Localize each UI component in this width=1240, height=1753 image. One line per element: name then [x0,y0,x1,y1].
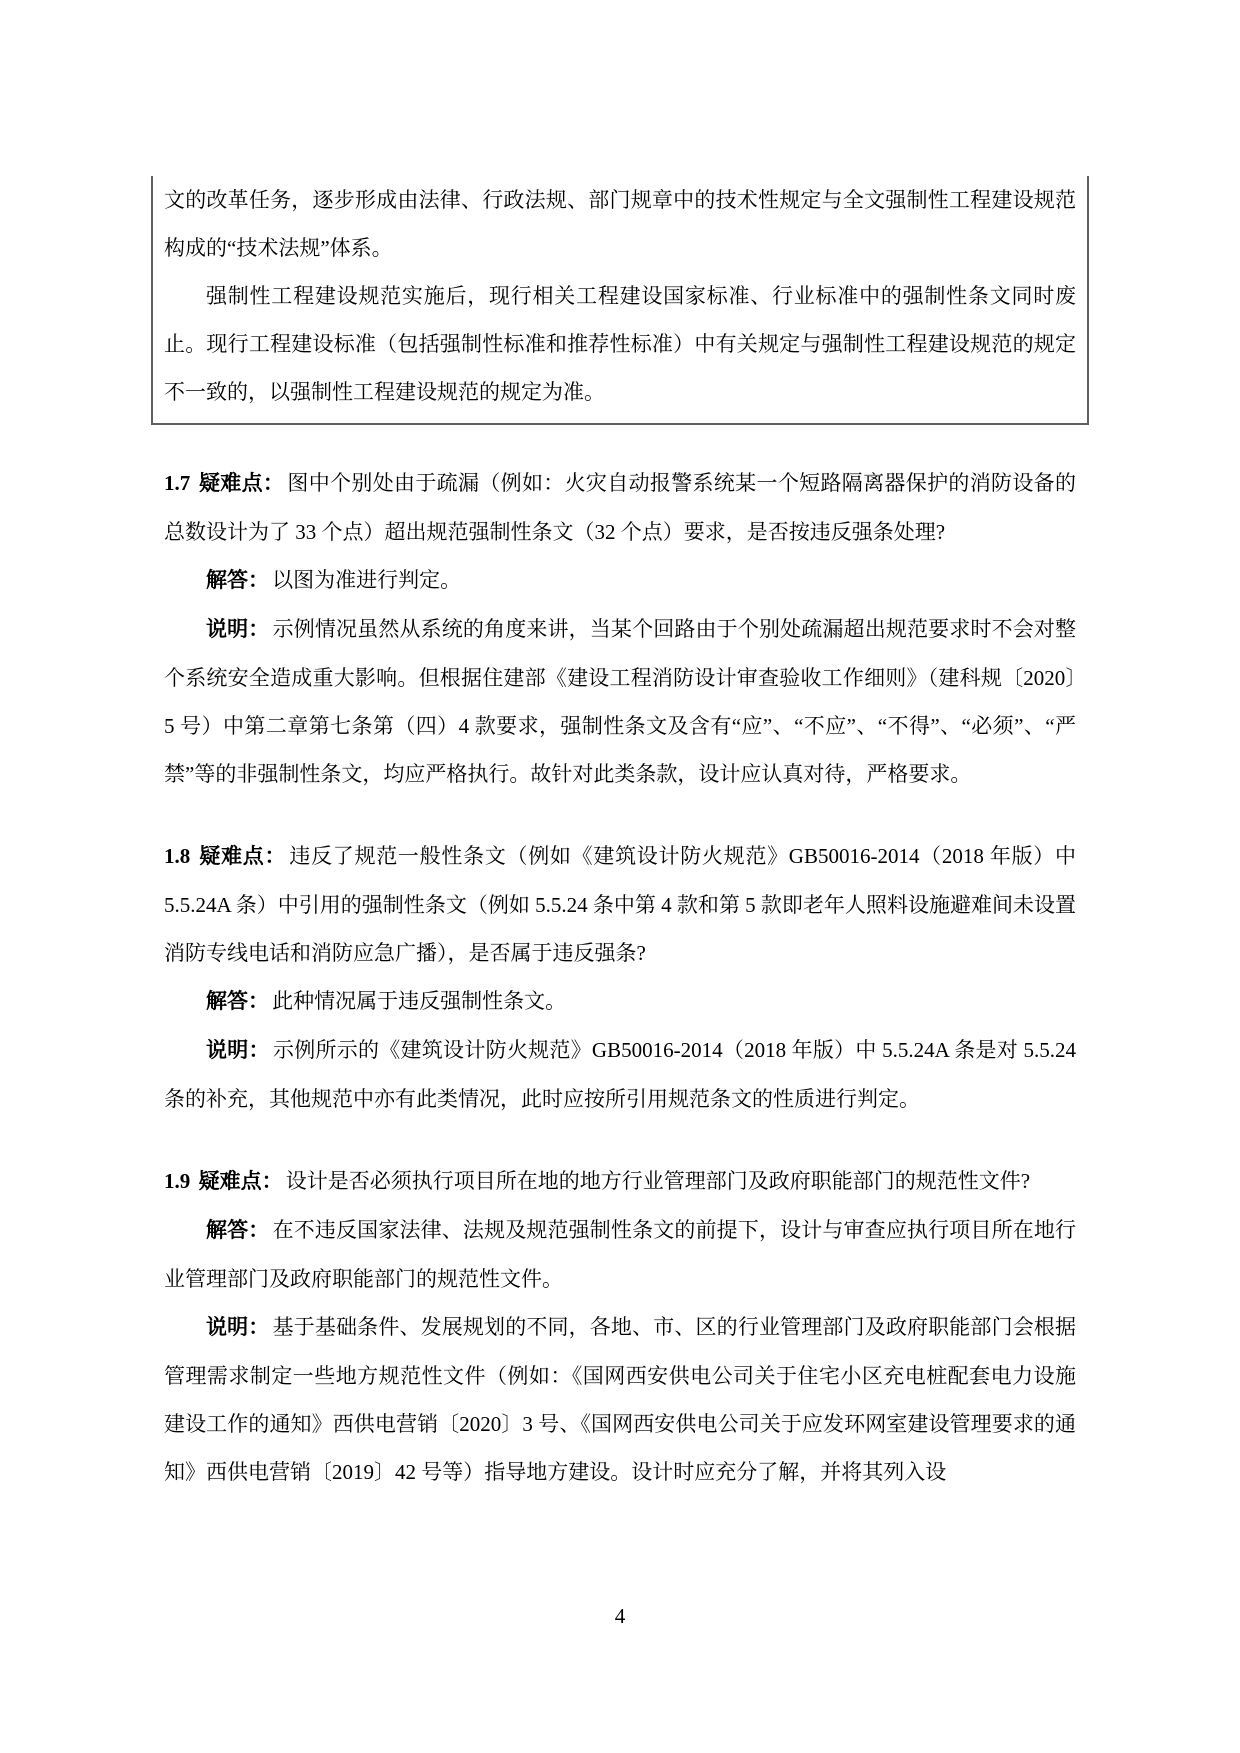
section-1-7-number: 1.7 [164,471,190,495]
section-1-7-question: 1.7疑难点：图中个别处由于疏漏（例如：火灾自动报警系统某一个短路隔离器保护的消… [164,459,1076,556]
section-1-8-question: 1.8疑难点：违反了规范一般性条文（例如《建筑设计防火规范》GB50016-20… [164,832,1076,977]
section-1-7-note-text: 示例情况虽然从系统的角度来讲，当某个回路由于个别处疏漏超出规范要求时不会对整个系… [164,617,1076,786]
section-1-9-question-text: 设计是否必须执行项目所在地的地方行业管理部门及政府职能部门的规范性文件? [286,1169,1030,1193]
section-1-9-note-label: 说明： [206,1316,269,1339]
section-1-8-question-text: 违反了规范一般性条文（例如《建筑设计防火规范》GB50016-2014（2018… [164,844,1076,965]
document-content: 文的改革任务，逐步形成由法律、行政法规、部门规章中的技术性规定与全文强制性工程建… [164,176,1076,1496]
section-1-8-note-label: 说明： [206,1039,270,1062]
section-1-7-note-label: 说明： [206,618,269,641]
section-1-7-note: 说明：示例情况虽然从系统的角度来讲，当某个回路由于个别处疏漏超出规范要求时不会对… [164,605,1076,798]
section-1-7: 1.7疑难点：图中个别处由于疏漏（例如：火灾自动报警系统某一个短路隔离器保护的消… [164,459,1076,798]
section-1-9-note-text: 基于基础条件、发展规划的不同，各地、市、区的行业管理部门及政府职能部门会根据管理… [164,1315,1076,1484]
section-1-7-question-text: 图中个别处由于疏漏（例如：火灾自动报警系统某一个短路隔离器保护的消防设备的总数设… [164,471,1076,544]
section-1-7-answer: 解答：以图为准进行判定。 [164,556,1076,605]
section-1-8-note-text: 示例所示的《建筑设计防火规范》GB50016-2014（2018 年版）中 5.… [164,1038,1076,1111]
document-page: 文的改革任务，逐步形成由法律、行政法规、部门规章中的技术性规定与全文强制性工程建… [0,0,1240,1753]
section-1-8-question-label: 疑难点： [199,845,287,868]
section-1-9-answer: 解答：在不违反国家法律、法规及规范强制性条文的前提下，设计与审查应执行项目所在地… [164,1206,1076,1303]
section-1-8: 1.8疑难点：违反了规范一般性条文（例如《建筑设计防火规范》GB50016-20… [164,832,1076,1123]
page-number: 4 [0,1592,1240,1640]
section-1-7-answer-label: 解答： [206,569,269,592]
section-1-8-answer-text: 此种情况属于违反强制性条文。 [272,989,566,1013]
quote-box: 文的改革任务，逐步形成由法律、行政法规、部门规章中的技术性规定与全文强制性工程建… [151,176,1089,425]
section-1-8-answer-label: 解答： [206,990,269,1013]
section-1-8-answer: 解答：此种情况属于违反强制性条文。 [164,977,1076,1026]
section-1-7-question-label: 疑难点： [199,472,285,495]
section-1-9-note: 说明：基于基础条件、发展规划的不同，各地、市、区的行业管理部门及政府职能部门会根… [164,1303,1076,1496]
section-1-9-question: 1.9疑难点：设计是否必须执行项目所在地的地方行业管理部门及政府职能部门的规范性… [164,1157,1076,1206]
section-1-7-answer-text: 以图为准进行判定。 [272,568,461,592]
section-1-9-answer-text: 在不违反国家法律、法规及规范强制性条文的前提下，设计与审查应执行项目所在地行业管… [164,1218,1076,1291]
section-1-9: 1.9疑难点：设计是否必须执行项目所在地的地方行业管理部门及政府职能部门的规范性… [164,1157,1076,1496]
section-1-9-number: 1.9 [164,1169,190,1193]
quote-box-paragraph-1: 文的改革任务，逐步形成由法律、行政法规、部门规章中的技术性规定与全文强制性工程建… [164,176,1076,272]
section-1-9-answer-label: 解答： [206,1219,269,1242]
section-1-8-note: 说明：示例所示的《建筑设计防火规范》GB50016-2014（2018 年版）中… [164,1026,1076,1123]
section-1-9-question-label: 疑难点： [199,1170,283,1193]
quote-box-paragraph-2: 强制性工程建设规范实施后，现行相关工程建设国家标准、行业标准中的强制性条文同时废… [164,272,1076,416]
section-1-8-number: 1.8 [164,844,190,868]
